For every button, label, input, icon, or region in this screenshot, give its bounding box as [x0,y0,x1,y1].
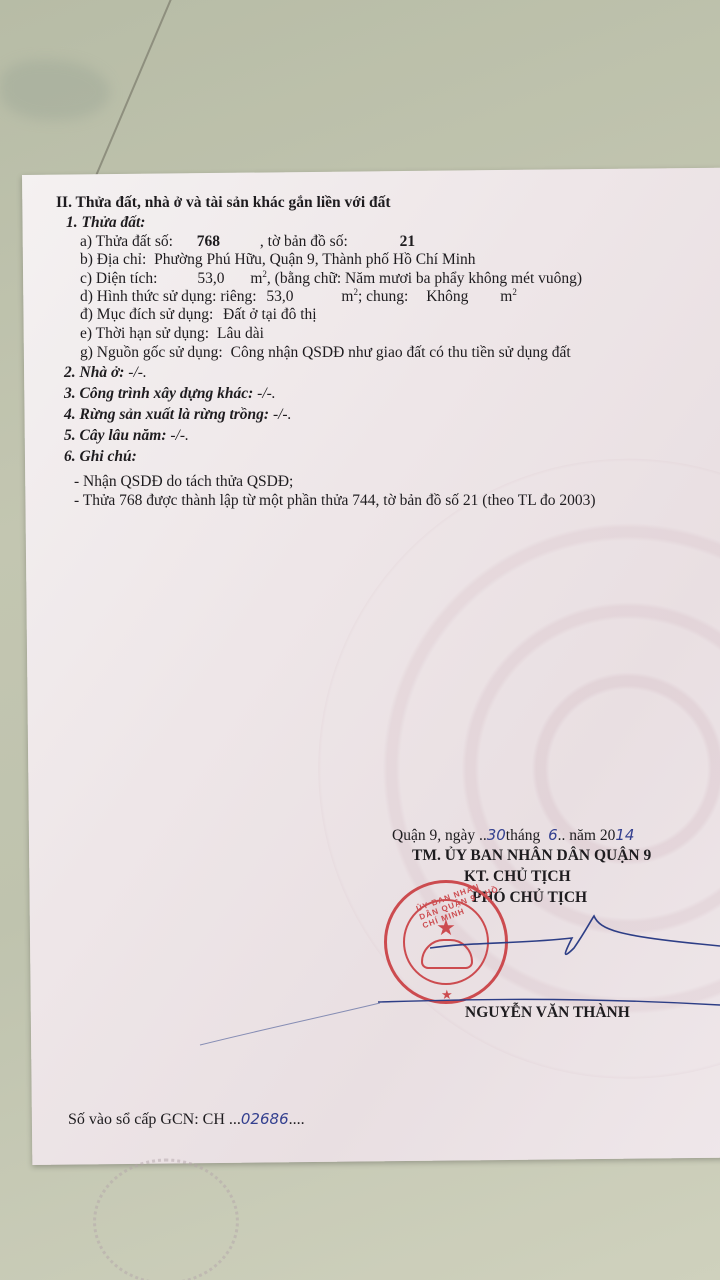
registry-number-handwritten: 02686 [241,1110,289,1128]
certificate-content: II. Thửa đất, nhà ở và tài sản khác gắn … [0,0,720,1280]
signer-name: NGUYỄN VĂN THÀNH [465,1004,630,1022]
handwritten-signature [0,0,720,1280]
registry-label: Số vào sổ cấp GCN: CH ... [68,1111,241,1128]
registry-trail: .... [289,1111,305,1128]
registry-number-row: Số vào sổ cấp GCN: CH ...02686.... [68,1110,305,1129]
